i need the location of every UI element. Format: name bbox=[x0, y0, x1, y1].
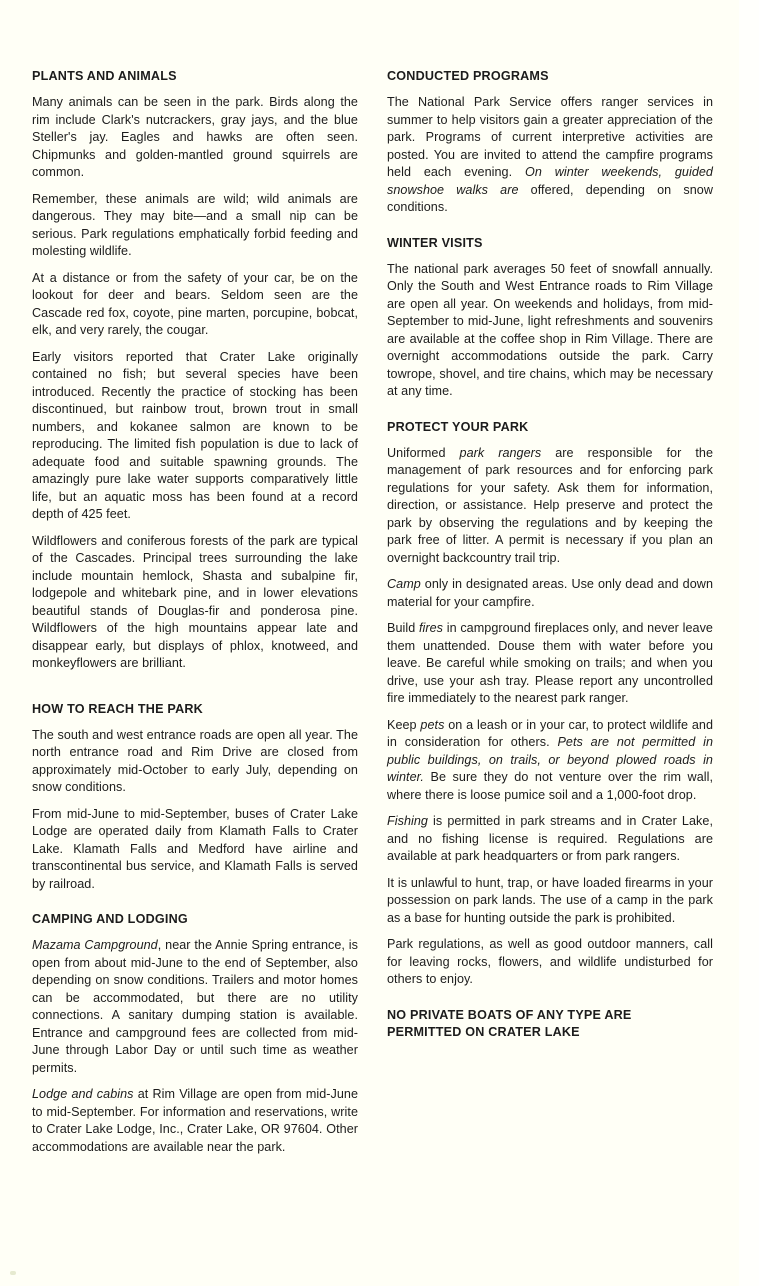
paragraph: Build fires in campground fireplaces onl… bbox=[387, 620, 713, 708]
paragraph: The National Park Service offers ranger … bbox=[387, 94, 713, 217]
section-conducted-programs: CONDUCTED PROGRAMS The National Park Ser… bbox=[387, 68, 713, 217]
paragraph: Camp only in designated areas. Use only … bbox=[387, 576, 713, 611]
paragraph: The south and west entrance roads are op… bbox=[32, 727, 358, 797]
text: Uniformed bbox=[387, 446, 460, 460]
text: Be sure they do not venture over the rim… bbox=[387, 770, 713, 802]
emphasis: park rangers bbox=[460, 446, 542, 460]
text: are responsible for the management of pa… bbox=[387, 446, 713, 565]
paragraph: Mazama Campground, near the Annie Spring… bbox=[32, 937, 358, 1077]
section-heading: PROTECT YOUR PARK bbox=[387, 419, 713, 436]
notice-line: NO PRIVATE BOATS OF ANY TYPE ARE bbox=[387, 1007, 713, 1025]
section-heading: CONDUCTED PROGRAMS bbox=[387, 68, 713, 85]
emphasis: Lodge and cabins bbox=[32, 1087, 134, 1101]
section-heading: HOW TO REACH THE PARK bbox=[32, 701, 358, 718]
paragraph: At a distance or from the safety of your… bbox=[32, 270, 358, 340]
section-how-to-reach-the-park: HOW TO REACH THE PARK The south and west… bbox=[32, 701, 358, 894]
section-heading: CAMPING AND LODGING bbox=[32, 911, 358, 928]
paragraph: Many animals can be seen in the park. Bi… bbox=[32, 94, 358, 182]
paragraph: Lodge and cabins at Rim Village are open… bbox=[32, 1086, 358, 1156]
paragraph: Keep pets on a leash or in your car, to … bbox=[387, 717, 713, 805]
text: is permitted in park streams and in Crat… bbox=[387, 814, 713, 863]
paragraph: It is unlawful to hunt, trap, or have lo… bbox=[387, 875, 713, 928]
paragraph: Park regulations, as well as good outdoo… bbox=[387, 936, 713, 989]
section-camping-and-lodging: CAMPING AND LODGING Mazama Campground, n… bbox=[32, 911, 358, 1156]
right-column: CONDUCTED PROGRAMS The National Park Ser… bbox=[387, 68, 713, 1042]
paragraph: Wildflowers and coniferous forests of th… bbox=[32, 533, 358, 673]
boat-prohibition-notice: NO PRIVATE BOATS OF ANY TYPE ARE PERMITT… bbox=[387, 1007, 713, 1042]
emphasis: fires bbox=[419, 621, 443, 635]
paper-mark bbox=[10, 1271, 16, 1275]
section-heading: PLANTS AND ANIMALS bbox=[32, 68, 358, 85]
paragraph: From mid-June to mid-September, buses of… bbox=[32, 806, 358, 894]
section-protect-your-park: PROTECT YOUR PARK Uniformed park rangers… bbox=[387, 419, 713, 989]
paragraph: Remember, these animals are wild; wild a… bbox=[32, 191, 358, 261]
section-plants-and-animals: PLANTS AND ANIMALS Many animals can be s… bbox=[32, 68, 358, 673]
text: Build bbox=[387, 621, 419, 635]
paragraph: The national park averages 50 feet of sn… bbox=[387, 261, 713, 401]
section-winter-visits: WINTER VISITS The national park averages… bbox=[387, 235, 713, 401]
text: Keep bbox=[387, 718, 420, 732]
paragraph: Uniformed park rangers are responsible f… bbox=[387, 445, 713, 568]
paragraph: Fishing is permitted in park streams and… bbox=[387, 813, 713, 866]
text: only in designated areas. Use only dead … bbox=[387, 577, 713, 609]
text: , near the Annie Spring entrance, is ope… bbox=[32, 938, 358, 1075]
emphasis: Camp bbox=[387, 577, 421, 591]
notice-line: PERMITTED ON CRATER LAKE bbox=[387, 1024, 713, 1042]
paragraph: Early visitors reported that Crater Lake… bbox=[32, 349, 358, 524]
page-edge bbox=[739, 0, 759, 1286]
emphasis: pets bbox=[420, 718, 444, 732]
emphasis: Mazama Campground bbox=[32, 938, 158, 952]
section-heading: WINTER VISITS bbox=[387, 235, 713, 252]
emphasis: Fishing bbox=[387, 814, 428, 828]
left-column: PLANTS AND ANIMALS Many animals can be s… bbox=[32, 68, 358, 1165]
